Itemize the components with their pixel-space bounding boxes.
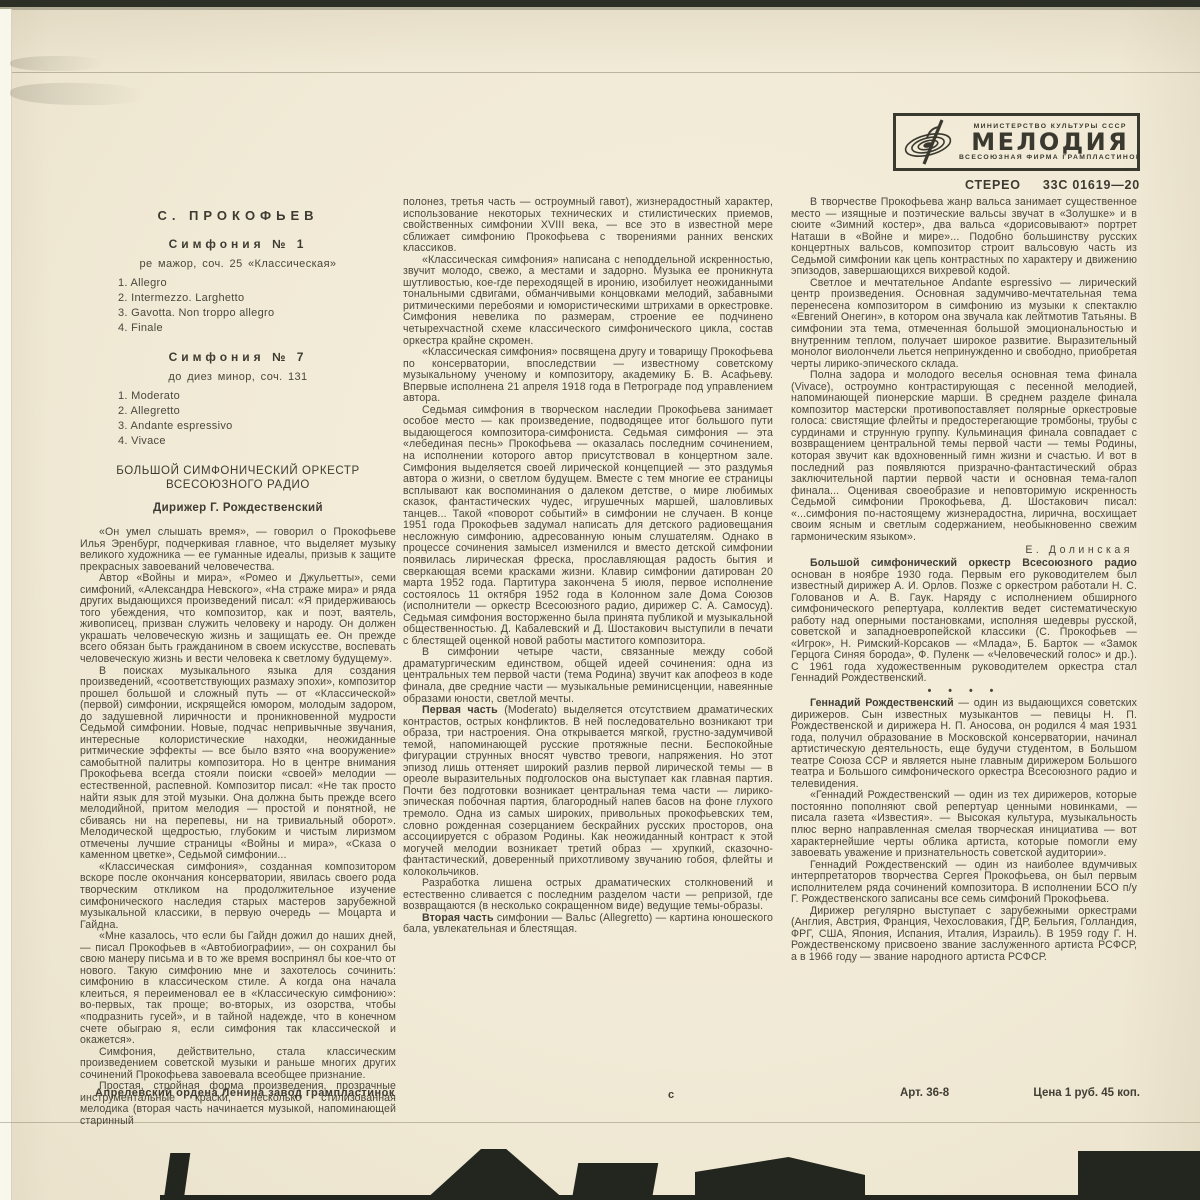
footer-right: Арт. 36-8 Цена 1 руб. 45 коп. [900, 1087, 1140, 1099]
paragraph: «Он умел слышать время», — говорил о Про… [80, 527, 396, 573]
column-right: В творчестве Прокофьева жанр вальса зани… [791, 197, 1137, 964]
movement-item: 3. Gavotta. Non troppo allegro [118, 306, 396, 321]
scan-bottom-letter-fragment [695, 1157, 865, 1200]
symphony1-movements: 1. Allegro2. Intermezzo. Larghetto3. Gav… [118, 276, 396, 336]
melodiya-logo-text: МИНИСТЕРСТВО КУЛЬТУРЫ СССР МЕЛОДИЯ ВСЕСО… [959, 123, 1144, 162]
paragraph: Первая часть (Moderato) выделяется отсут… [403, 705, 773, 878]
movement-item: 1. Allegro [118, 276, 396, 291]
movement-item: 1. Moderato [118, 389, 396, 404]
paragraph: «Классическая симфония» написана с непод… [403, 255, 773, 347]
catalog-number: 33С 01619—20 [1043, 178, 1140, 192]
article-number: Арт. 36-8 [900, 1087, 949, 1099]
paragraph: «Геннадий Рождественский — один из тех д… [791, 790, 1137, 859]
symphony1-subtitle: ре мажор, соч. 25 «Классическая» [80, 258, 396, 270]
paragraph: Симфония, действительно, стала классичес… [80, 1047, 396, 1082]
symphony7-subtitle: до диез минор, соч. 131 [80, 371, 396, 383]
paragraph-lead: Вторая часть [422, 912, 494, 924]
movement-item: 2. Allegretto [118, 404, 396, 419]
column-left-body: «Он умел слышать время», — говорил о Про… [80, 527, 396, 1127]
column-middle-body: полонез, третья часть — остроумный гавот… [403, 197, 773, 936]
melodiya-emblem-icon [901, 118, 959, 166]
section-separator: • • • • [791, 687, 1137, 696]
stereo-label: СТЕРЕО [965, 178, 1021, 192]
paragraph-lead: Большой симфонический оркестр Всесоюзног… [810, 557, 1137, 569]
paragraph: В симфонии четыре части, связанные между… [403, 647, 773, 705]
movement-item: 4. Vivace [118, 434, 396, 449]
scan-bottom-letter-fragment [1078, 1151, 1200, 1200]
paragraph: Большой симфонический оркестр Всесоюзног… [791, 558, 1137, 685]
paper-smudge [10, 56, 105, 71]
scan-edge-left [0, 9, 12, 1200]
paragraph: Автор «Войны и мира», «Ромео и Джульетты… [80, 573, 396, 665]
paper-smudge [10, 82, 145, 106]
paragraph: Разработка лишена острых драматических с… [403, 878, 773, 913]
scan-bottom-letter-fragment [425, 1149, 565, 1200]
paragraph: «Мне казалось, что если бы Гайдн дожил д… [80, 931, 396, 1046]
paragraph: Геннадий Рождественский — один из наибол… [791, 860, 1137, 906]
author-signature: Е. Долинская [791, 545, 1137, 557]
paragraph: Вторая часть симфонии — Вальс (Allegrett… [403, 913, 773, 936]
paragraph: Седьмая симфония в творческом наследии П… [403, 405, 773, 647]
side-mark: с [668, 1089, 674, 1101]
column-middle: полонез, третья часть — остроумный гавот… [403, 197, 773, 936]
conductor-name: Дирижер Г. Рождественский [80, 502, 396, 514]
symphony7-title: Симфония № 7 [80, 350, 396, 364]
catalog-line: СТЕРЕО 33С 01619—20 [893, 178, 1140, 192]
column-right-body: В творчестве Прокофьева жанр вальса зани… [791, 197, 1137, 964]
scan-edge-top-shadow [0, 7, 1200, 10]
paragraph: В творчестве Прокофьева жанр вальса зани… [791, 197, 1137, 278]
scan-edge-bottom [160, 1195, 1200, 1200]
orchestra-name-line1: БОЛЬШОЙ СИМФОНИЧЕСКИЙ ОРКЕСТР [80, 464, 396, 478]
movement-item: 2. Intermezzo. Larghetto [118, 291, 396, 306]
symphony7-movements: 1. Moderato2. Allegretto3. Andante espre… [118, 389, 396, 449]
paragraph-lead: Геннадий Рождественский [810, 697, 954, 709]
movement-item: 3. Andante espressivo [118, 419, 396, 434]
firm-line: ВСЕСОЮЗНАЯ ФИРМА ГРАМПЛАСТИНОК [959, 154, 1141, 162]
melodiya-logo-box: МИНИСТЕРСТВО КУЛЬТУРЫ СССР МЕЛОДИЯ ВСЕСО… [893, 113, 1140, 171]
work-heading: С. ПРОКОФЬЕВ Симфония № 1 ре мажор, соч.… [80, 208, 396, 514]
symphony1-title: Симфония № 1 [80, 237, 396, 251]
scan-bottom-letter-fragment [164, 1153, 191, 1200]
melodiya-logo-block: МИНИСТЕРСТВО КУЛЬТУРЫ СССР МЕЛОДИЯ ВСЕСО… [893, 113, 1140, 171]
paragraph: Светлое и мечтательное Andante espressiv… [791, 278, 1137, 370]
paragraph-lead: Первая часть [422, 704, 498, 716]
paper-crease-line-top [12, 72, 1200, 73]
brand-wordmark: МЕЛОДИЯ [959, 131, 1141, 154]
record-sleeve-back: МИНИСТЕРСТВО КУЛЬТУРЫ СССР МЕЛОДИЯ ВСЕСО… [0, 0, 1200, 1200]
paragraph: В поисках музыкального языка для создани… [80, 666, 396, 862]
pressing-plant-line: Апрелевский ордена Ленина завод грамплас… [95, 1087, 395, 1099]
paragraph: «Классическая симфония», созданная компо… [80, 862, 396, 931]
paragraph: полонез, третья часть — остроумный гавот… [403, 197, 773, 255]
scan-edge-top [0, 0, 1200, 7]
paragraph: «Классическая симфония» посвящена другу … [403, 347, 773, 405]
composer-name: С. ПРОКОФЬЕВ [80, 208, 396, 223]
column-left: С. ПРОКОФЬЕВ Симфония № 1 ре мажор, соч.… [80, 196, 396, 1127]
price-label: Цена 1 руб. 45 коп. [1033, 1087, 1140, 1099]
movement-item: 4. Finale [118, 321, 396, 336]
paragraph: Геннадий Рождественский — один из выдающ… [791, 698, 1137, 790]
paragraph: Полна задора и молодого веселья основная… [791, 370, 1137, 543]
orchestra-name-line2: ВСЕСОЮЗНОГО РАДИО [80, 478, 396, 492]
paragraph: Дирижер регулярно выступает с зарубежным… [791, 906, 1137, 964]
